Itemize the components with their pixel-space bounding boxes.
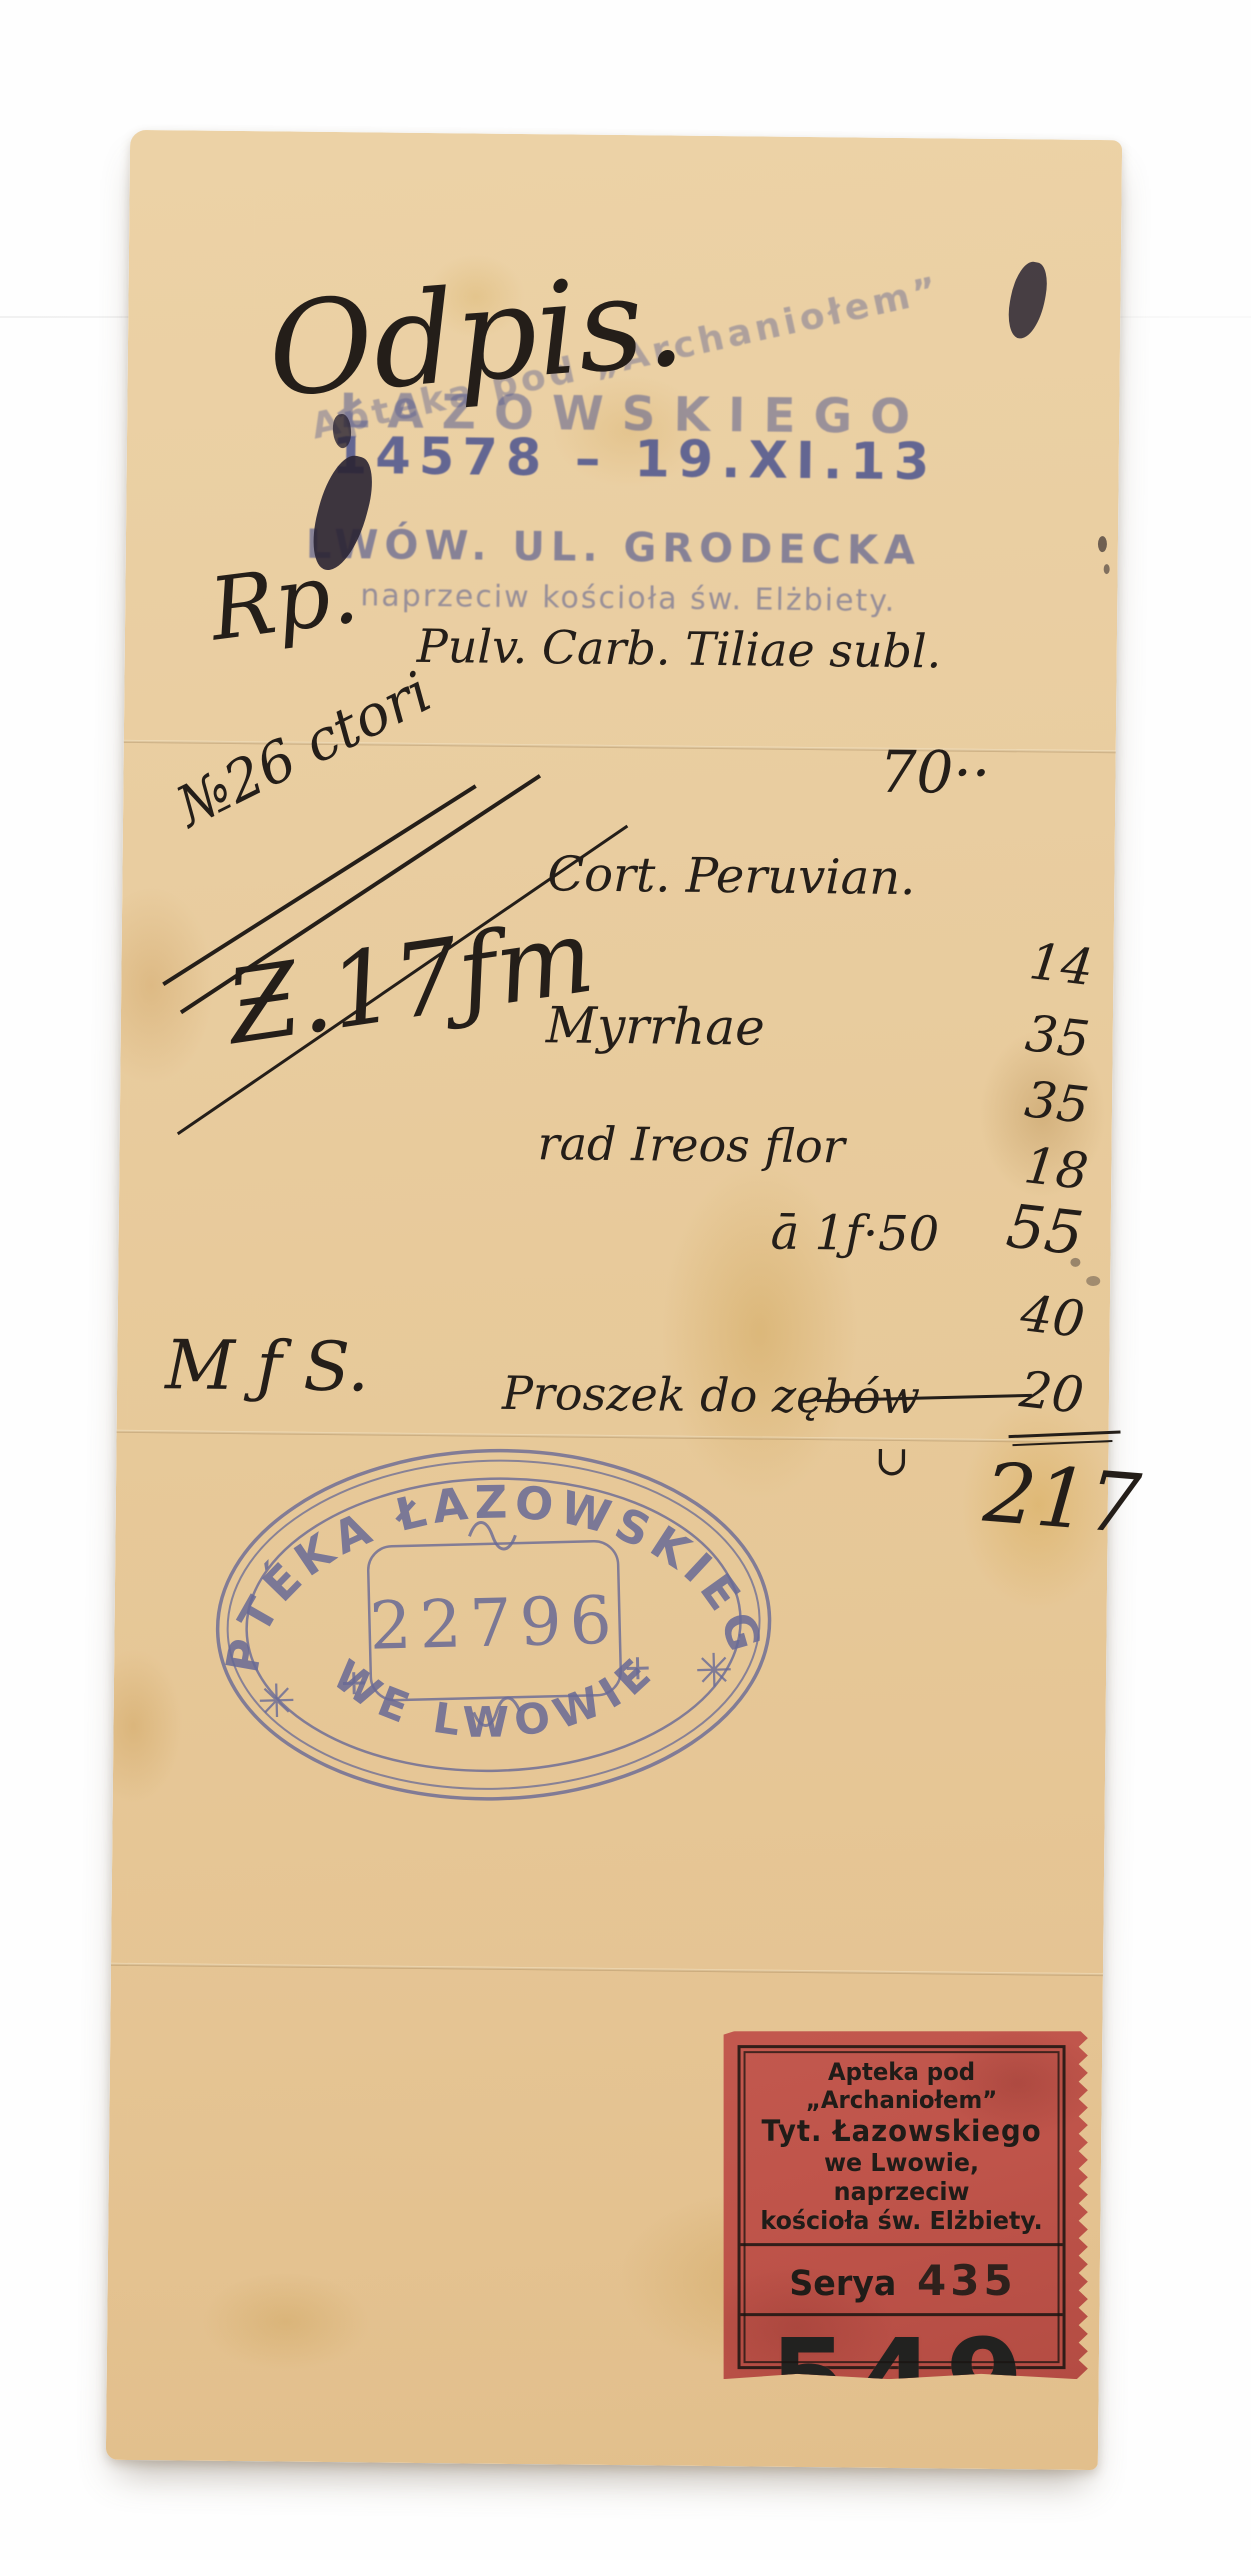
photo-backdrop: Apteka pod „Archaniołem” ŁAZOWSKIEGO 145… [0, 0, 1251, 2560]
prescription-amount-7: 40 [1018, 1284, 1088, 1349]
handwritten-tick: ∪ [874, 1436, 910, 1485]
oval-stamp-left-asterisk: ✳ [257, 1674, 297, 1729]
oval-stamp-number: 22796 [369, 1582, 621, 1665]
prescription-total: 217 [980, 1446, 1144, 1553]
label-series-word: Serya [789, 2264, 896, 2304]
fold-crease-3 [111, 1963, 1103, 1976]
label-line-3: we Lwowie, naprzeciw [756, 2148, 1047, 2206]
oval-stamp-graphic: APTÉKA ŁAZOWSKIEGO WE LWOWIE 22796 ✳ ✳ [205, 1437, 782, 1813]
pharmacy-revenue-label: Apteka pod „Archaniołem” Tyt. Łazowskieg… [724, 2031, 1092, 2379]
prescription-item-3: Myrrhae [546, 996, 765, 1056]
label-header: Apteka pod „Archaniołem” Tyt. Łazowskieg… [741, 2048, 1063, 2246]
oval-stamp-right-asterisk: ✳ [694, 1643, 734, 1698]
prescription-item-2: Cort. Peruvian. [547, 846, 916, 906]
stamp-address-line2: naprzeciw kościoła św. Elżbiety. [360, 578, 896, 619]
handwritten-title: Odpis. [263, 246, 689, 426]
prescription-amount-6: 55 [1003, 1191, 1087, 1269]
prescription-amount-8: 20 [1017, 1360, 1087, 1425]
ink-blot-top-right [1004, 259, 1052, 342]
prescription-amount-2: 14 [1026, 932, 1096, 997]
label-series-row: Serya 435 [741, 2246, 1063, 2316]
unit-price-note: ā 1ƒ·50 [770, 1205, 939, 1263]
prescription-item-1: Pulv. Carb. Tiliae subl. [417, 619, 942, 678]
handwritten-rp-symbol: Rp. [204, 542, 363, 660]
label-line-1: Apteka pod „Archaniołem” [756, 2058, 1047, 2114]
prescription-item-5: rad Ireos flor [537, 1116, 845, 1173]
prescription-amount-3: 35 [1023, 1004, 1093, 1069]
stamp-number-date: 14578 – 19.XI.13 [332, 427, 938, 492]
label-series-number: 435 [917, 2256, 1017, 2305]
stamp-address: LWÓW. UL. GRODECKA [306, 522, 922, 574]
prescription-amount-1: 70·· [879, 738, 990, 807]
prescription-item-8: Proszek do zębów [502, 1366, 920, 1424]
ink-speck [1098, 536, 1107, 552]
label-ticket-number: 549 [741, 2316, 1063, 2446]
receipt-paper: Apteka pod „Archaniołem” ŁAZOWSKIEGO 145… [106, 130, 1122, 2470]
ink-speck [1104, 564, 1110, 574]
label-border-box: Apteka pod „Archaniołem” Tyt. Łazowskieg… [738, 2045, 1066, 2369]
cancelled-number-scribble: №26 ctori [167, 660, 442, 840]
prescription-amount-5: 18 [1021, 1136, 1091, 1201]
oval-pharmacy-stamp: APTÉKA ŁAZOWSKIEGO WE LWOWIE 22796 ✳ ✳ [205, 1437, 782, 1813]
label-line-2: Tyt. Łazowskiego [756, 2114, 1047, 2148]
quantity-scribble: Ƶ.17ƒm [220, 897, 601, 1068]
stain-speck [1086, 1276, 1100, 1286]
sum-underline [1009, 1430, 1121, 1438]
handwritten-monogram: M ƒ S. [165, 1326, 370, 1407]
label-line-4: kościoła św. Elżbiety. [756, 2206, 1047, 2235]
prescription-amount-4: 35 [1022, 1070, 1092, 1135]
